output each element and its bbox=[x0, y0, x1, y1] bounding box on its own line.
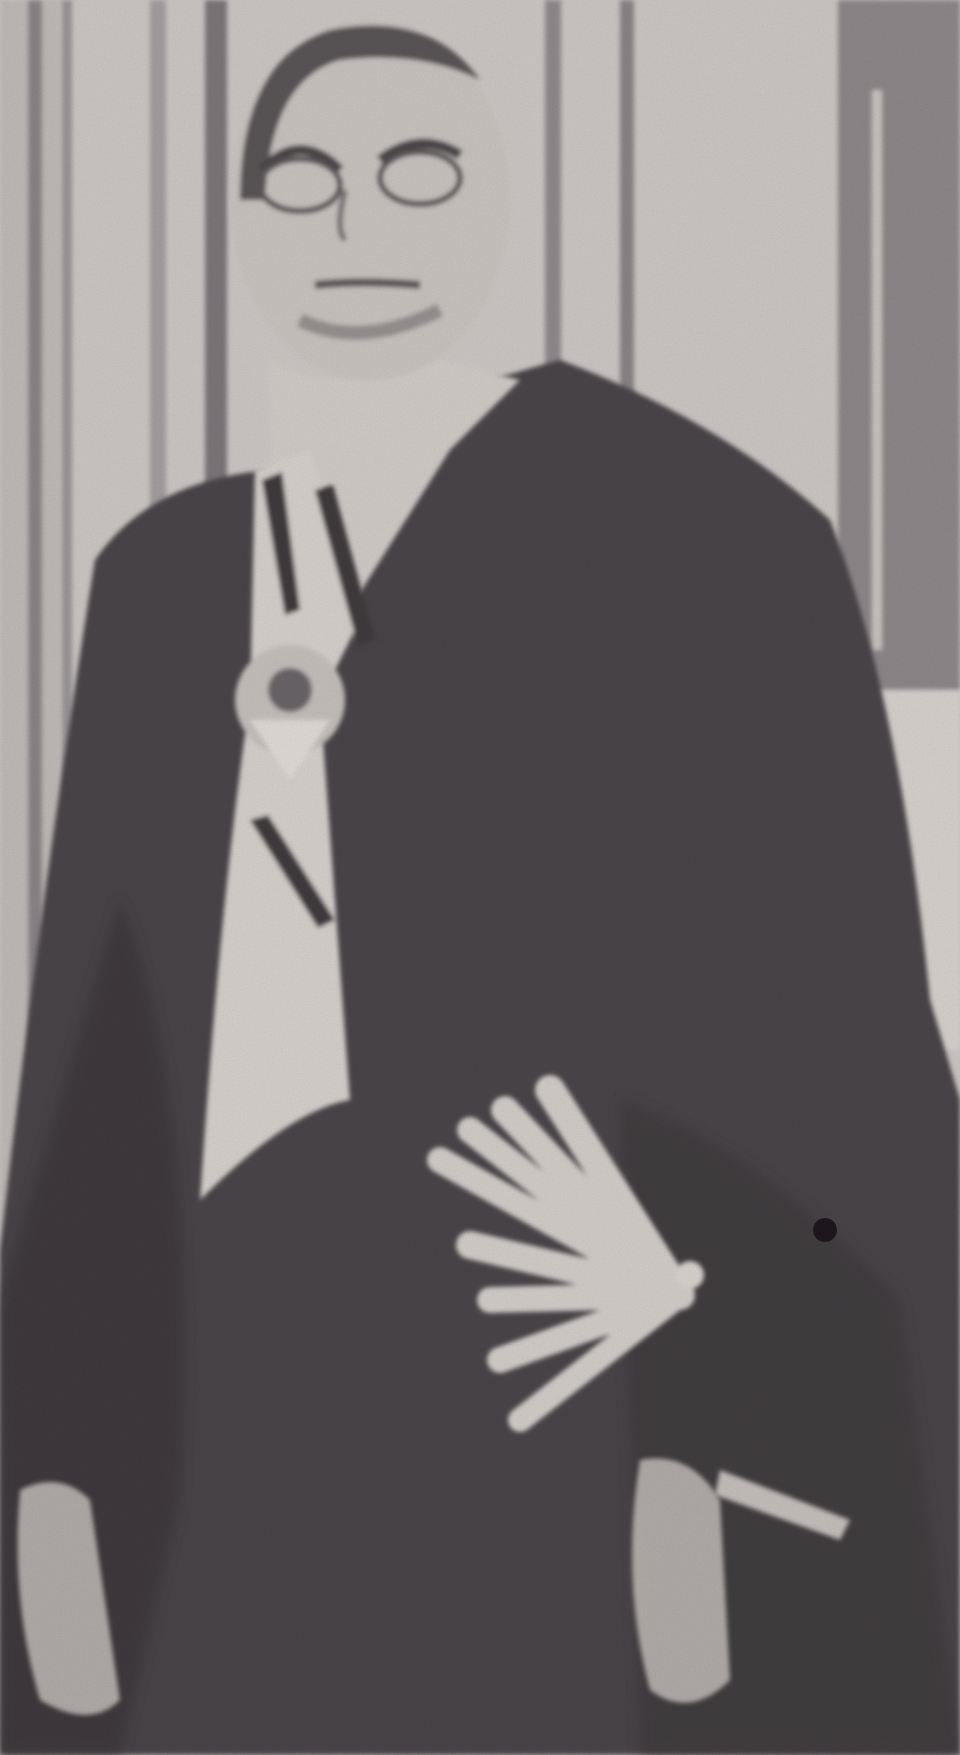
newspaper-photograph: Grainy black-and-white newspaper halfton… bbox=[0, 0, 960, 1755]
head bbox=[230, 20, 510, 380]
portrait-illustration bbox=[0, 0, 960, 1755]
button bbox=[813, 1218, 837, 1242]
